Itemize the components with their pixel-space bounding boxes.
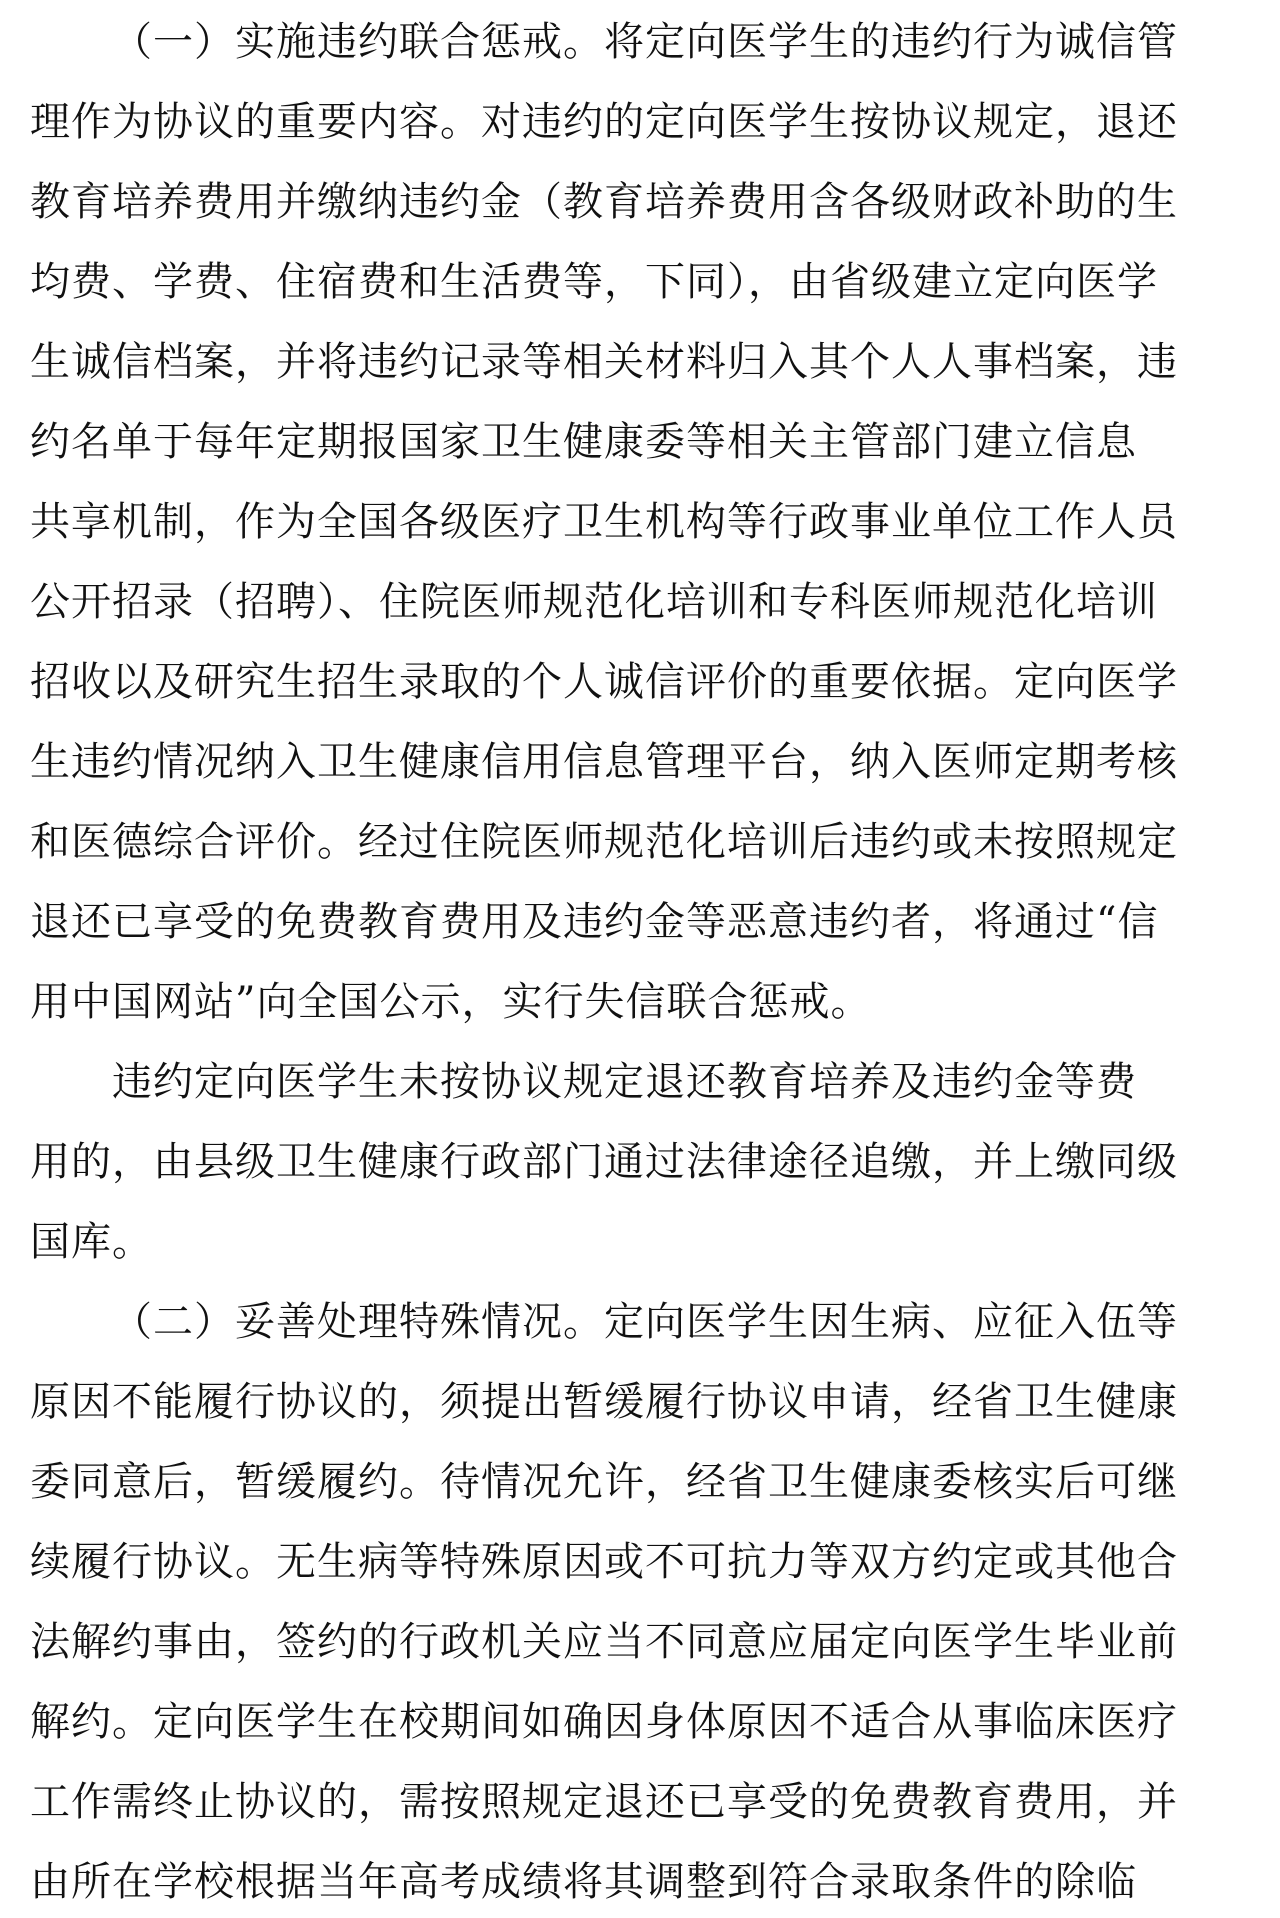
document-page: （一）实施违约联合惩戒。将定向医学生的违约行为诚信管 理作为协议的重要内容。对违… bbox=[30, 2, 1270, 1918]
text-line: 生诚信档案，并将违约记录等相关材料归入其个人人事档案，违 bbox=[30, 322, 1270, 402]
text-line: 退还已享受的免费教育费用及违约金等恶意违约者，将通过“信 bbox=[30, 882, 1270, 962]
text-line: 公开招录（招聘）、住院医师规范化培训和专科医师规范化培训 bbox=[30, 562, 1270, 642]
text-line: 委同意后，暂缓履约。待情况允许，经省卫生健康委核实后可继 bbox=[30, 1442, 1270, 1522]
text-line: 用中国网站”向全国公示，实行失信联合惩戒。 bbox=[30, 962, 1270, 1042]
text-line: 教育培养费用并缴纳违约金（教育培养费用含各级财政补助的生 bbox=[30, 162, 1270, 242]
text-line: 均费、学费、住宿费和生活费等，下同），由省级建立定向医学 bbox=[30, 242, 1270, 322]
text-line: 国库。 bbox=[30, 1202, 1270, 1282]
text-line: （二）妥善处理特殊情况。定向医学生因生病、应征入伍等 bbox=[30, 1282, 1270, 1362]
paragraph-recovery: 违约定向医学生未按协议规定退还教育培养及违约金等费 用的，由县级卫生健康行政部门… bbox=[30, 1042, 1270, 1282]
text-line: （一）实施违约联合惩戒。将定向医学生的违约行为诚信管 bbox=[30, 2, 1270, 82]
text-line: 解约。定向医学生在校期间如确因身体原因不适合从事临床医疗 bbox=[30, 1682, 1270, 1762]
text-line: 理作为协议的重要内容。对违约的定向医学生按协议规定，退还 bbox=[30, 82, 1270, 162]
text-line: 续履行协议。无生病等特殊原因或不可抗力等双方约定或其他合 bbox=[30, 1522, 1270, 1602]
text-line: 原因不能履行协议的，须提出暂缓履行协议申请，经省卫生健康 bbox=[30, 1362, 1270, 1442]
text-line: 生违约情况纳入卫生健康信用信息管理平台，纳入医师定期考核 bbox=[30, 722, 1270, 802]
text-line: 共享机制，作为全国各级医疗卫生机构等行政事业单位工作人员 bbox=[30, 482, 1270, 562]
text-line: 约名单于每年定期报国家卫生健康委等相关主管部门建立信息 bbox=[30, 402, 1270, 482]
text-line: 工作需终止协议的，需按照规定退还已享受的免费教育费用，并 bbox=[30, 1762, 1270, 1842]
text-line: 和医德综合评价。经过住院医师规范化培训后违约或未按照规定 bbox=[30, 802, 1270, 882]
text-line: 招收以及研究生招生录取的个人诚信评价的重要依据。定向医学 bbox=[30, 642, 1270, 722]
text-line: 违约定向医学生未按协议规定退还教育培养及违约金等费 bbox=[30, 1042, 1270, 1122]
text-line: 用的，由县级卫生健康行政部门通过法律途径追缴，并上缴同级 bbox=[30, 1122, 1270, 1202]
paragraph-section-2: （二）妥善处理特殊情况。定向医学生因生病、应征入伍等 原因不能履行协议的，须提出… bbox=[30, 1282, 1270, 1918]
text-line: 法解约事由，签约的行政机关应当不同意应届定向医学生毕业前 bbox=[30, 1602, 1270, 1682]
text-line: 由所在学校根据当年高考成绩将其调整到符合录取条件的除临 bbox=[30, 1842, 1270, 1918]
paragraph-section-1: （一）实施违约联合惩戒。将定向医学生的违约行为诚信管 理作为协议的重要内容。对违… bbox=[30, 2, 1270, 1042]
